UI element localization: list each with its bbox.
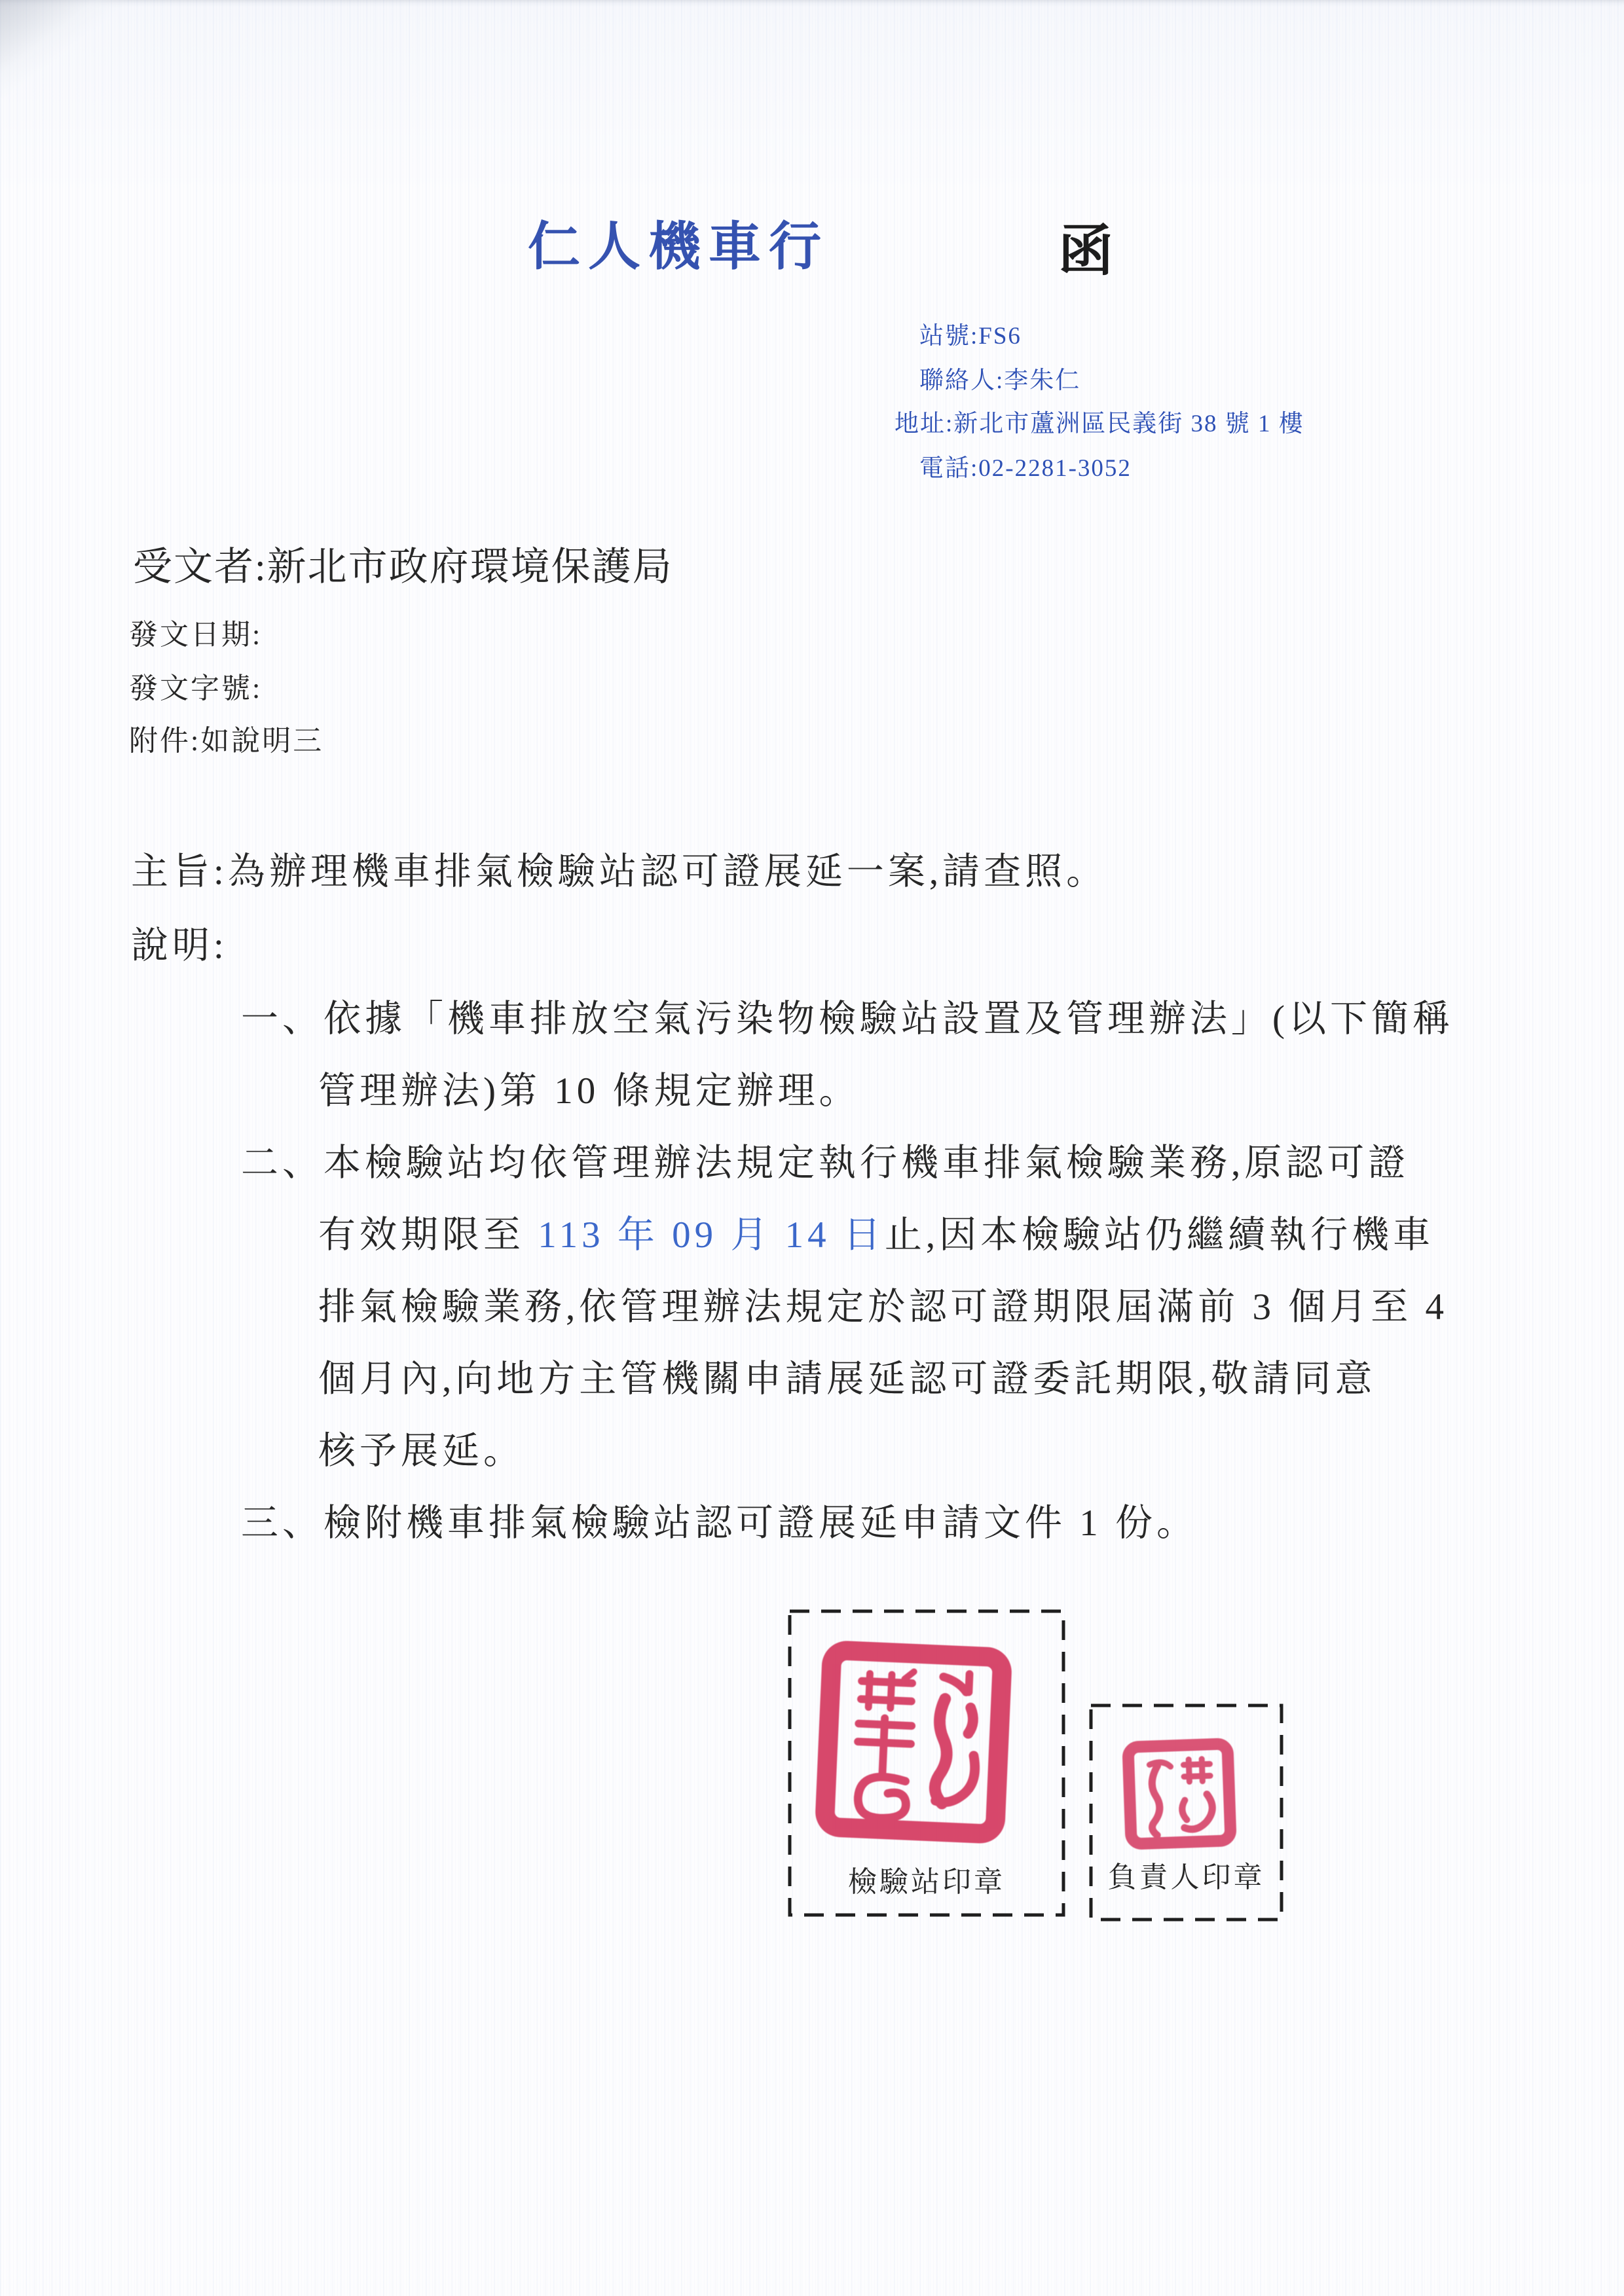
owner-seal-stamp-icon: [1120, 1736, 1239, 1852]
station-seal-stamp-icon: [812, 1637, 1014, 1848]
document-type: 函: [1058, 207, 1113, 286]
owner-seal-label: 負責人印章: [1089, 1853, 1283, 1895]
station-seal-box: 檢驗站印章: [788, 1609, 1065, 1917]
issue-date-line: 發文日期:: [129, 611, 262, 653]
explanation-item2-line5: 核予展延。: [318, 1421, 525, 1474]
sender-address: 地址:新北市蘆洲區民義街 38 號 1 樓: [895, 403, 1304, 439]
explanation-heading: 說明:: [131, 915, 228, 969]
line-text: 有效期限至: [318, 1214, 538, 1256]
scanned-letter-page: 仁人機車行 函 站號:FS6 聯絡人:李朱仁 地址:新北市蘆洲區民義街 38 號…: [0, 0, 1624, 2296]
sender-contact-person: 聯絡人:李朱仁: [919, 360, 1080, 395]
line-text: 止,因本檢驗站仍繼續執行機車: [885, 1214, 1434, 1256]
page-corner-fold: [0, 0, 128, 98]
sender-station-no: 站號:FS6: [919, 316, 1022, 351]
doc-number-line: 發文字號:: [129, 665, 262, 706]
sender-phone: 電話:02-2281-3052: [919, 448, 1132, 483]
explanation-item1-line1: 一、依據「機車排放空氣污染物檢驗站設置及管理辦法」(以下簡稱: [241, 989, 1454, 1042]
recipient-line: 受文者:新北市政府環境保護局: [133, 536, 673, 592]
explanation-item2-line3: 排氣檢驗業務,依管理辦法規定於認可證期限屆滿前 3 個月至 4: [318, 1277, 1448, 1330]
certificate-expiry-date: 113 年 09 月 14 日: [538, 1214, 885, 1256]
explanation-item1-line2: 管理辦法)第 10 條規定辦理。: [318, 1061, 860, 1114]
explanation-item2-line2: 有效期限至 113 年 09 月 14 日止,因本檢驗站仍繼續執行機車: [318, 1205, 1434, 1258]
explanation-item2-line1: 二、本檢驗站均依管理辦法規定執行機車排氣檢驗業務,原認可證: [241, 1133, 1409, 1186]
attachment-line: 附件:如說明三: [129, 717, 323, 759]
station-seal-label: 檢驗站印章: [788, 1858, 1065, 1900]
explanation-item3-line1: 三、檢附機車排氣檢驗站認可證展延申請文件 1 份。: [241, 1493, 1198, 1546]
company-name: 仁人機車行: [528, 204, 829, 280]
owner-seal-box: 負責人印章: [1089, 1704, 1283, 1922]
subject-line: 主旨:為辦理機車排氣檢驗站認可證展延一案,請查照。: [131, 841, 1107, 895]
explanation-item2-line4: 個月內,向地方主管機關申請展延認可證委託期限,敬請同意: [318, 1349, 1376, 1402]
